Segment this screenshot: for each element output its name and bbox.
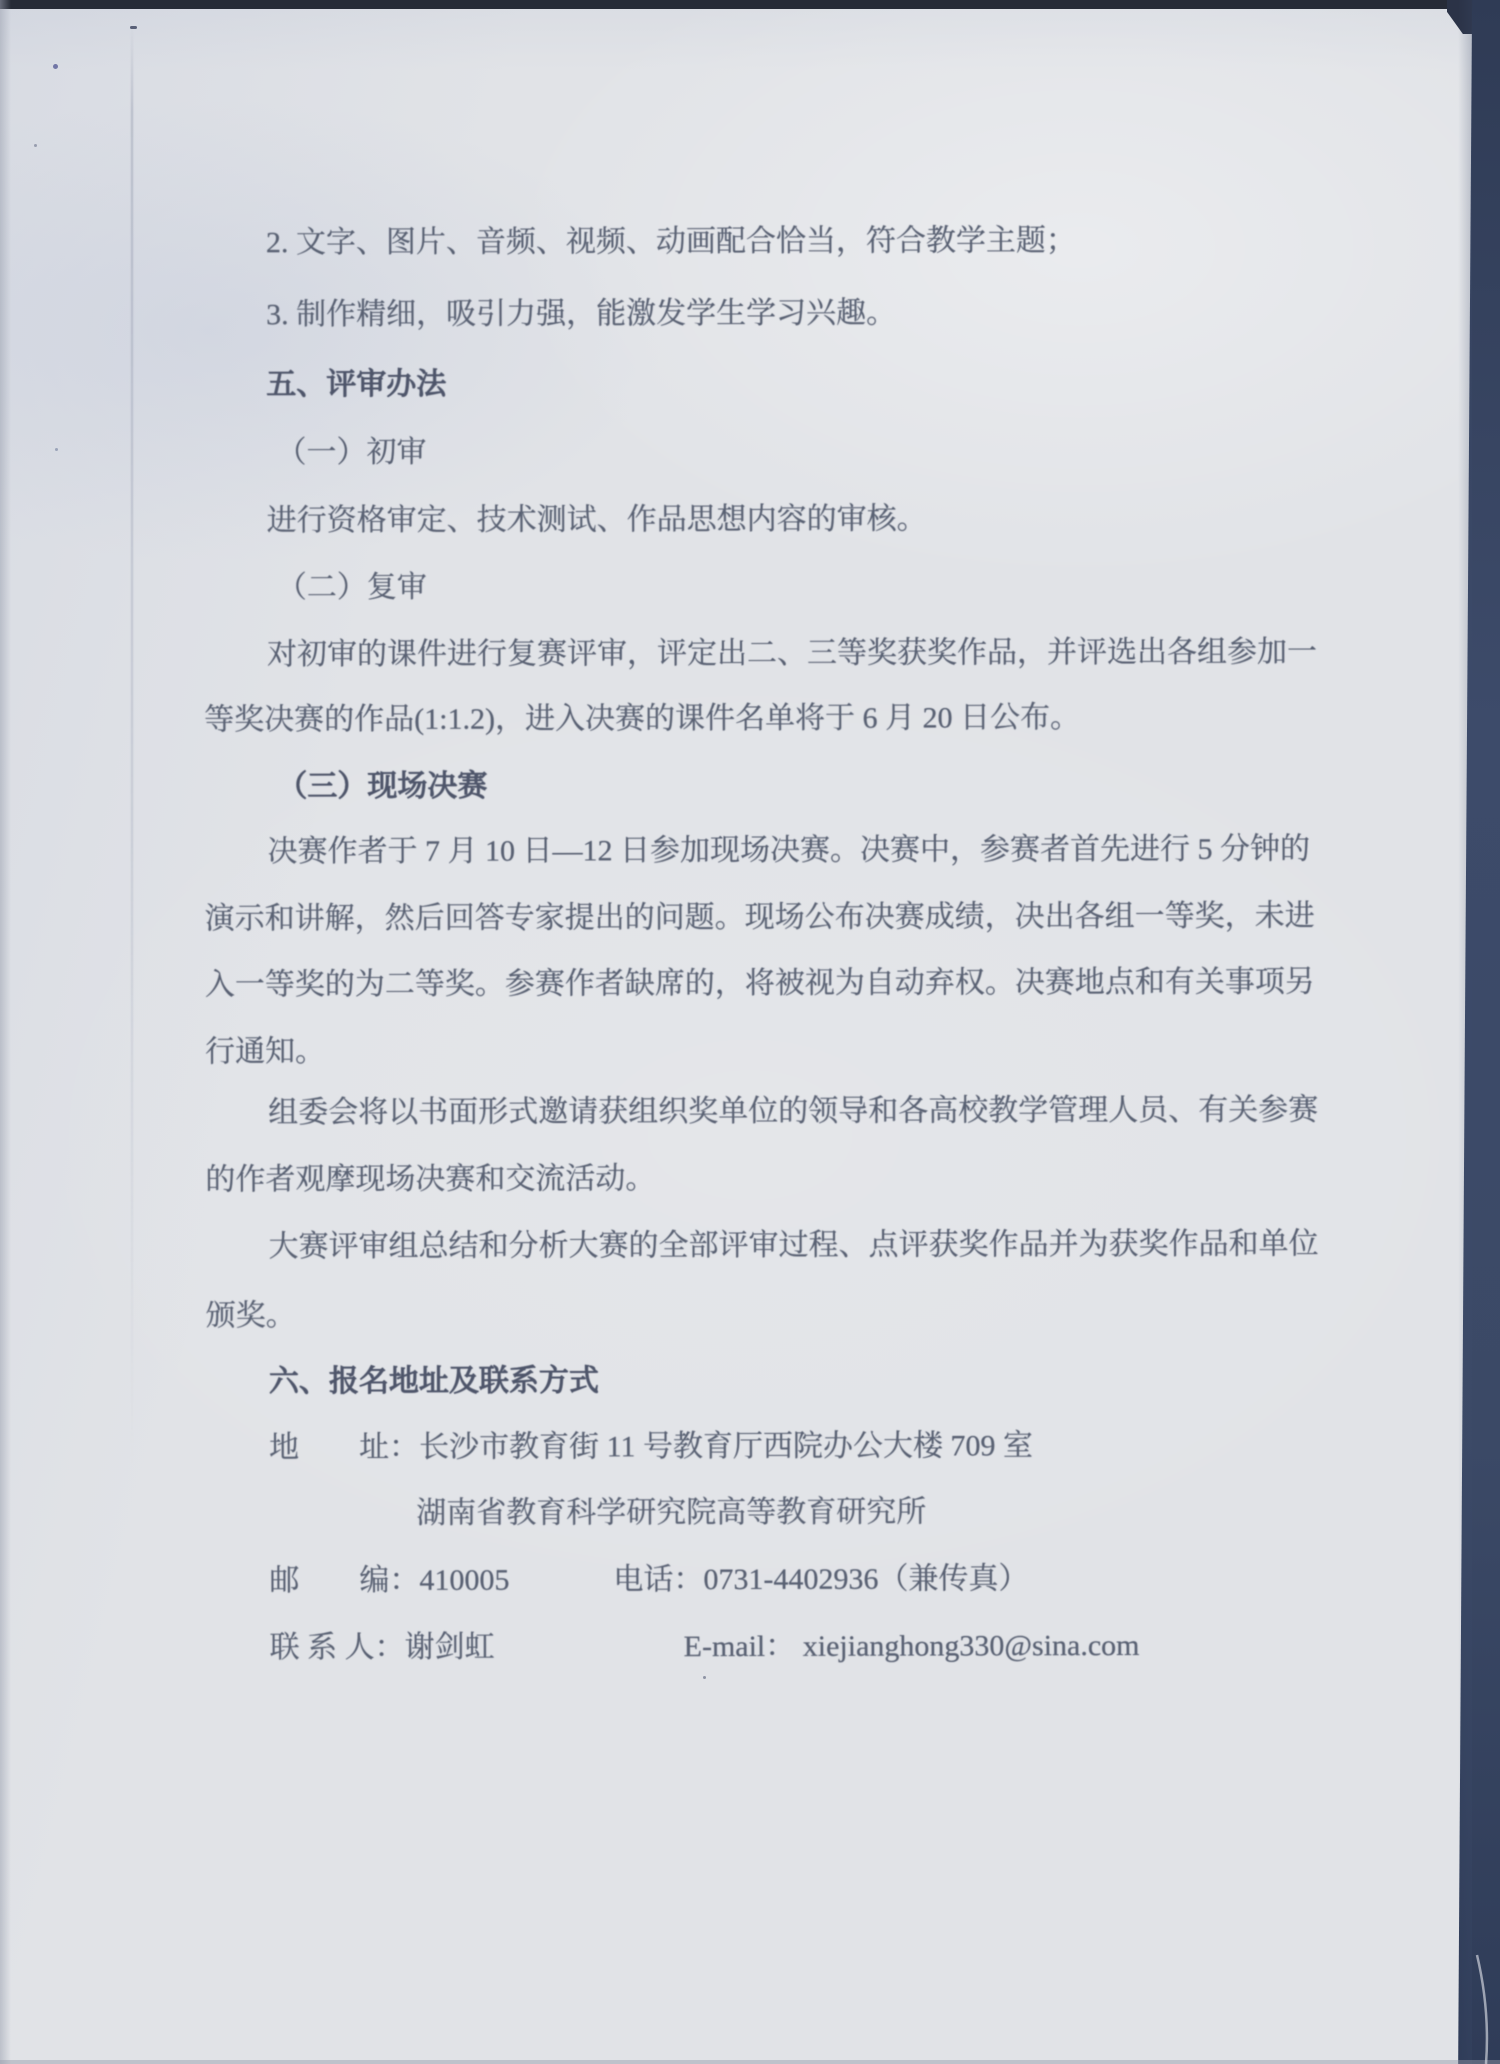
postal-code-text: 邮 编：410005: [269, 1564, 509, 1598]
sub-heading: （一）初审: [276, 438, 426, 468]
section-heading: 五、评审办法: [266, 370, 446, 400]
address-line-2: 湖南省教育科学研究院高等教育研究所: [416, 1498, 926, 1529]
doc-line: 进行资格审定、技术测试、作品思想内容的审核。: [267, 505, 927, 537]
doc-line: 演示和讲解，然后回答专家提出的问题。现场公布决赛成绩，决出各组一等奖，未进: [205, 902, 1315, 935]
document-text: 2. 文字、图片、音频、视频、动画配合恰当，符合教学主题； 3. 制作精细，吸引…: [0, 0, 1500, 2064]
doc-line: 大赛评审组总结和分析大赛的全部评审过程、点评获奖作品并为获奖作品和单位: [269, 1230, 1319, 1263]
sub-heading: （二）复审: [277, 573, 427, 603]
doc-line: 对初审的课件进行复赛评审，评定出二、三等奖获奖作品，并评选出各组参加一: [267, 638, 1317, 671]
postal-phone-line: 邮 编：410005 电话：0731-4402936（兼传真）: [269, 1566, 509, 1597]
contact-person-text: 联 系 人：谢剑虹: [270, 1631, 495, 1665]
address-line: 地 址：长沙市教育街 11 号教育厅西院办公大楼 709 室: [269, 1431, 1033, 1463]
doc-line: 入一等奖的为二等奖。参赛作者缺席的，将被视为自动弃权。决赛地点和有关事项另: [205, 968, 1315, 1001]
doc-line: 组委会将以书面形式邀请获组织奖单位的领导和各高校教学管理人员、有关参赛: [268, 1096, 1318, 1129]
doc-line: 决赛作者于 7 月 10 日—12 日参加现场决赛。决赛中，参赛者首先进行 5 …: [267, 835, 1310, 868]
doc-line: 颁奖。: [206, 1301, 296, 1331]
contact-email-line: 联 系 人：谢剑虹 E-mail： xiejianghong330@sina.c…: [270, 1633, 495, 1664]
phone-text: 电话：0731-4402936（兼传真）: [613, 1564, 1028, 1595]
doc-line: 行通知。: [205, 1037, 325, 1067]
scanned-document-page: 2. 文字、图片、音频、视频、动画配合恰当，符合教学主题； 3. 制作精细，吸引…: [0, 0, 1500, 2064]
section-heading: 六、报名地址及联系方式: [269, 1366, 599, 1397]
doc-line: 的作者观摩现场决赛和交流活动。: [205, 1164, 655, 1195]
sub-heading: （三）现场决赛: [277, 772, 487, 803]
doc-line: 2. 文字、图片、音频、视频、动画配合恰当，符合教学主题；: [266, 226, 1076, 258]
doc-line: 等奖决赛的作品(1:1.2)，进入决赛的课件名单将于 6 月 20 日公布。: [204, 703, 1080, 735]
email-text: E-mail： xiejianghong330@sina.com: [684, 1631, 1140, 1662]
doc-line: 3. 制作精细，吸引力强，能激发学生学习兴趣。: [266, 299, 896, 331]
